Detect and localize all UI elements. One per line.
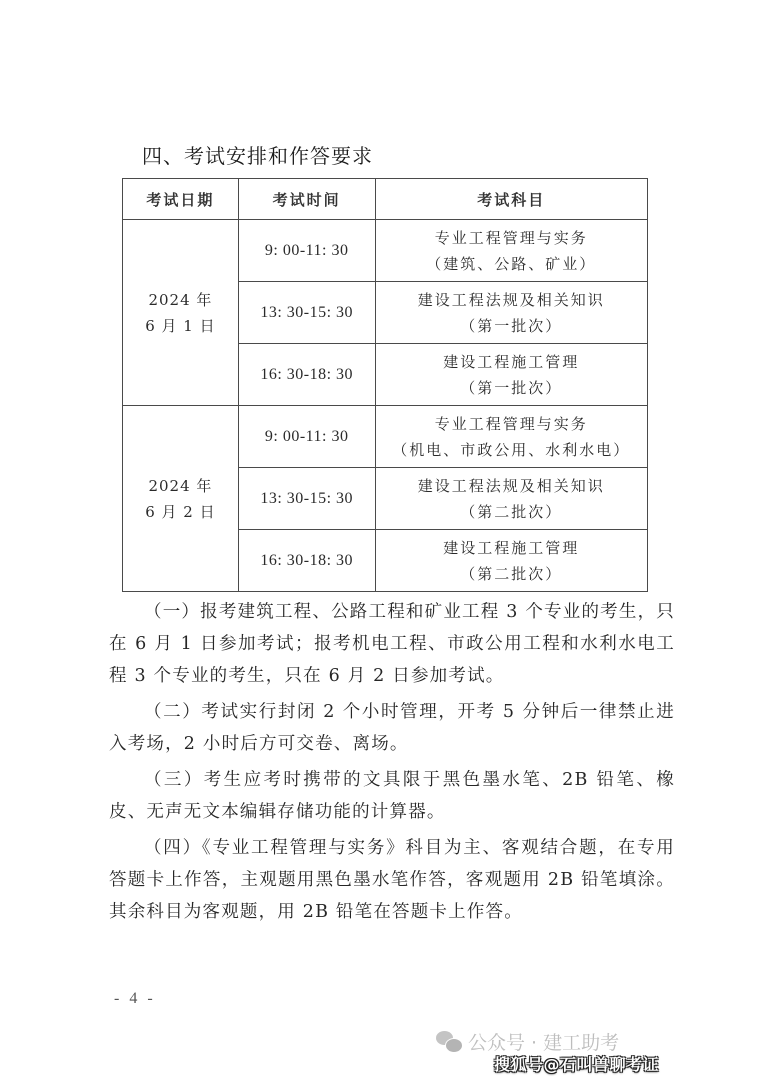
- subject-name: 建设工程法规及相关知识: [376, 473, 647, 499]
- table-row: 2024 年 6 月 2 日 9: 00-11: 30 专业工程管理与实务 （机…: [123, 406, 648, 468]
- subject-note: （第一批次）: [376, 375, 647, 401]
- subject-cell: 建设工程法规及相关知识 （第二批次）: [375, 468, 647, 530]
- time-cell: 13: 30-15: 30: [238, 282, 375, 344]
- requirement-paragraph-3: （三）考生应考时携带的文具限于黑色墨水笔、2B 铅笔、橡皮、无声无文本编辑存储功…: [109, 764, 675, 828]
- time-cell: 9: 00-11: 30: [238, 220, 375, 282]
- wechat-icon: [436, 1031, 462, 1053]
- wechat-watermark: 公众号 · 建工助考: [436, 1028, 619, 1055]
- table-row: 2024 年 6 月 1 日 9: 00-11: 30 专业工程管理与实务 （建…: [123, 220, 648, 282]
- sohu-credit: 搜狐号@石叫兽聊考证: [494, 1052, 659, 1075]
- date-year: 2024 年: [123, 473, 238, 499]
- subject-note: （第二批次）: [376, 499, 647, 525]
- requirement-paragraph-2: （二）考试实行封闭 2 个小时管理，开考 5 分钟后一律禁止进入考场，2 小时后…: [109, 696, 675, 760]
- exam-schedule-table: 考试日期 考试时间 考试科目 2024 年 6 月 1 日 9: 00-11: …: [122, 178, 648, 592]
- subject-cell: 专业工程管理与实务 （建筑、公路、矿业）: [375, 220, 647, 282]
- date-day: 6 月 2 日: [123, 499, 238, 525]
- section-title: 四、考试安排和作答要求: [142, 140, 373, 169]
- requirement-paragraph-1: （一）报考建筑工程、公路工程和矿业工程 3 个专业的考生，只在 6 月 1 日参…: [109, 596, 675, 692]
- subject-note: （第二批次）: [376, 561, 647, 587]
- subject-name: 建设工程施工管理: [376, 349, 647, 375]
- table-header-row: 考试日期 考试时间 考试科目: [123, 179, 648, 220]
- date-cell: 2024 年 6 月 2 日: [123, 406, 239, 592]
- time-cell: 13: 30-15: 30: [238, 468, 375, 530]
- subject-cell: 建设工程法规及相关知识 （第一批次）: [375, 282, 647, 344]
- subject-cell: 建设工程施工管理 （第二批次）: [375, 530, 647, 592]
- header-exam-date: 考试日期: [123, 179, 239, 220]
- date-cell: 2024 年 6 月 1 日: [123, 220, 239, 406]
- page-number: - 4 -: [114, 990, 156, 1008]
- date-year: 2024 年: [123, 287, 238, 313]
- subject-note: （第一批次）: [376, 313, 647, 339]
- subject-note: （建筑、公路、矿业）: [376, 251, 647, 277]
- time-cell: 16: 30-18: 30: [238, 344, 375, 406]
- watermark-text: 公众号 · 建工助考: [468, 1028, 619, 1055]
- header-exam-time: 考试时间: [238, 179, 375, 220]
- date-day: 6 月 1 日: [123, 313, 238, 339]
- requirements-body: （一）报考建筑工程、公路工程和矿业工程 3 个专业的考生，只在 6 月 1 日参…: [109, 596, 675, 932]
- subject-name: 建设工程法规及相关知识: [376, 287, 647, 313]
- time-cell: 9: 00-11: 30: [238, 406, 375, 468]
- subject-name: 专业工程管理与实务: [376, 411, 647, 437]
- subject-cell: 专业工程管理与实务 （机电、市政公用、水利水电）: [375, 406, 647, 468]
- subject-cell: 建设工程施工管理 （第一批次）: [375, 344, 647, 406]
- subject-note: （机电、市政公用、水利水电）: [376, 437, 647, 463]
- subject-name: 专业工程管理与实务: [376, 225, 647, 251]
- subject-name: 建设工程施工管理: [376, 535, 647, 561]
- header-exam-subject: 考试科目: [375, 179, 647, 220]
- time-cell: 16: 30-18: 30: [238, 530, 375, 592]
- requirement-paragraph-4: （四）《专业工程管理与实务》科目为主、客观结合题，在专用答题卡上作答，主观题用黑…: [109, 832, 675, 928]
